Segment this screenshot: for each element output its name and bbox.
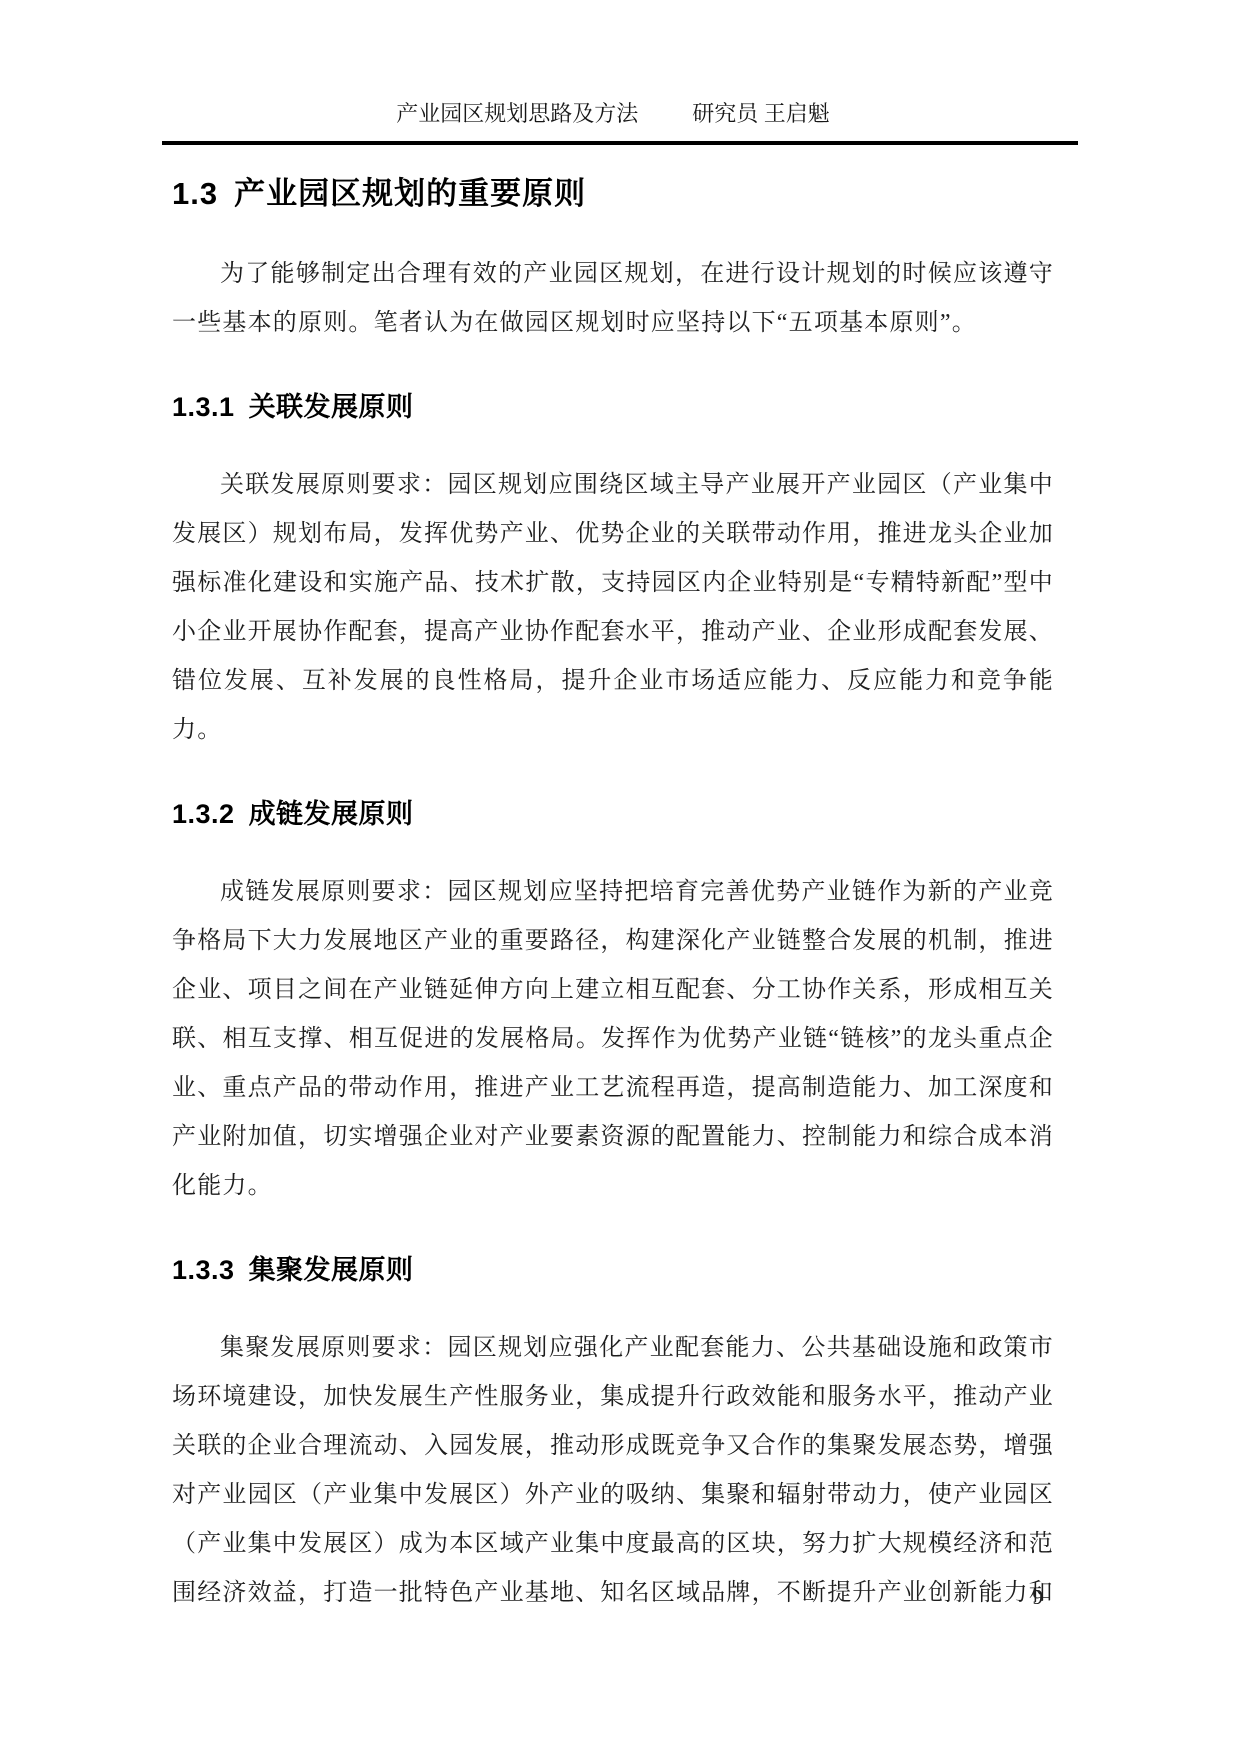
page-content: 产业园区规划思路及方法 研究员 王启魁 1.3产业园区规划的重要原则 为了能够制… <box>0 0 1241 1618</box>
subsection-title: 成链发展原则 <box>249 799 414 829</box>
page-number: 9 <box>1033 1585 1044 1610</box>
subsection-heading-1-3-1: 1.3.1关联发展原则 <box>172 388 1054 426</box>
header-divider <box>162 141 1078 145</box>
document-author: 研究员 王启魁 <box>692 97 830 128</box>
subsection-paragraph: 成链发展原则要求：园区规划应坚持把培育完善优势产业链作为新的产业竞争格局下大力发… <box>172 868 1054 1211</box>
subsection-title: 关联发展原则 <box>249 392 414 422</box>
document-title: 产业园区规划思路及方法 <box>396 97 638 128</box>
subsection-number: 1.3.2 <box>172 799 235 829</box>
document-page: 产业园区规划思路及方法 研究员 王启魁 1.3产业园区规划的重要原则 为了能够制… <box>0 0 1241 1754</box>
section-title: 产业园区规划的重要原则 <box>234 176 586 211</box>
subsection-paragraph: 关联发展原则要求：园区规划应围绕区域主导产业展开产业园区（产业集中发展区）规划布… <box>172 461 1054 755</box>
section-number: 1.3 <box>172 176 218 211</box>
intro-paragraph: 为了能够制定出合理有效的产业园区规划，在进行设计规划的时候应该遵守一些基本的原则… <box>172 250 1054 348</box>
subsection-number: 1.3.1 <box>172 392 235 422</box>
subsection-heading-1-3-2: 1.3.2成链发展原则 <box>172 795 1054 833</box>
page-header: 产业园区规划思路及方法 研究员 王启魁 <box>172 97 1054 128</box>
subsection-title: 集聚发展原则 <box>249 1255 414 1285</box>
section-heading-1-3: 1.3产业园区规划的重要原则 <box>172 173 1054 215</box>
subsection-paragraph: 集聚发展原则要求：园区规划应强化产业配套能力、公共基础设施和政策市场环境建设，加… <box>172 1324 1054 1618</box>
subsection-heading-1-3-3: 1.3.3集聚发展原则 <box>172 1251 1054 1289</box>
subsection-number: 1.3.3 <box>172 1255 235 1285</box>
